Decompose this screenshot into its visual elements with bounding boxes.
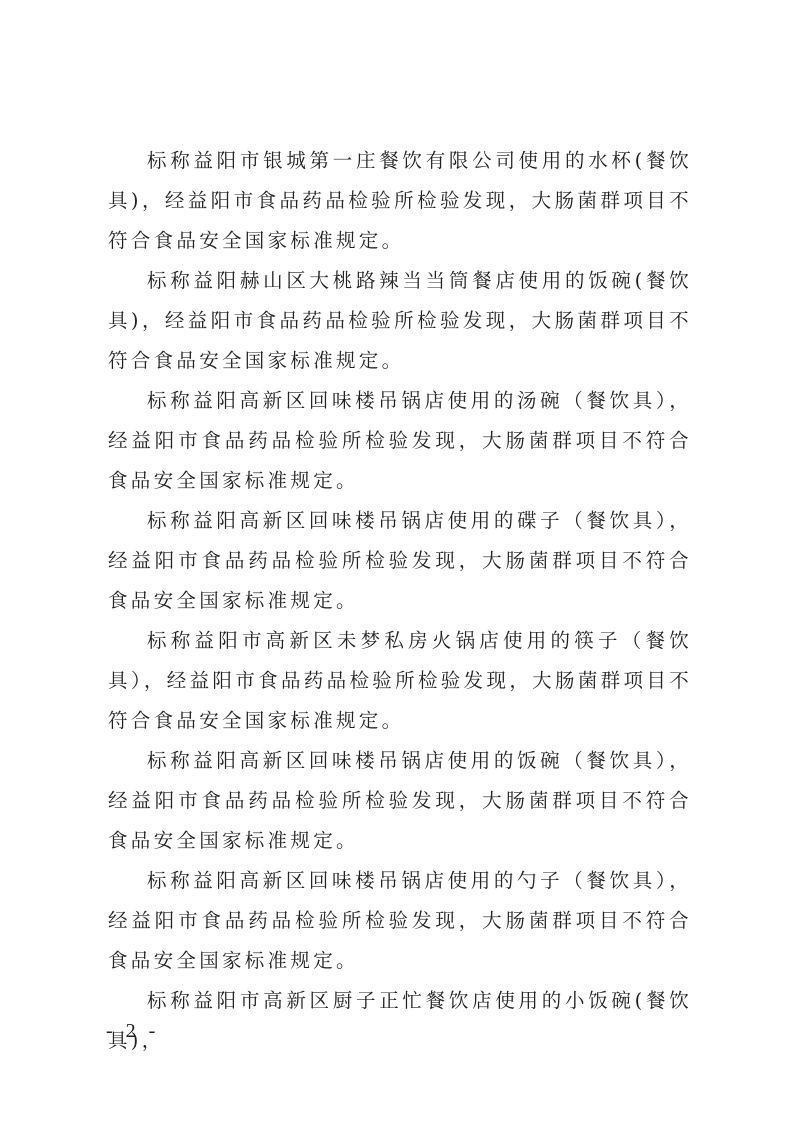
paragraph-chopsticks: 标称益阳市高新区未梦私房火锅店使用的筷子（餐饮具），经益阳市食品药品检验所检验发…	[108, 621, 692, 741]
paragraph-rice-bowl-datao-road: 标称益阳赫山区大桃路辣当当筒餐店使用的饭碗(餐饮具)，经益阳市食品药品检验所检验…	[108, 261, 692, 381]
paragraph-rice-bowl-huiweilou: 标称益阳高新区回味楼吊锅店使用的饭碗（餐饮具），经益阳市食品药品检验所检验发现，…	[108, 741, 692, 861]
paragraph-water-cup: 标称益阳市银城第一庄餐饮有限公司使用的水杯(餐饮具)，经益阳市食品药品检验所检验…	[108, 141, 692, 261]
paragraph-plate: 标称益阳高新区回味楼吊锅店使用的碟子（餐饮具），经益阳市食品药品检验所检验发现，…	[108, 501, 692, 621]
paragraph-small-rice-bowl: 标称益阳市高新区厨子正忙餐饮店使用的小饭碗(餐饮具)，	[108, 981, 692, 1061]
paragraph-spoon: 标称益阳高新区回味楼吊锅店使用的勺子（餐饮具），经益阳市食品药品检验所检验发现，…	[108, 861, 692, 981]
page-number: - 2 -	[106, 1020, 159, 1043]
paragraph-soup-bowl: 标称益阳高新区回味楼吊锅店使用的汤碗（餐饮具），经益阳市食品药品检验所检验发现，…	[108, 381, 692, 501]
document-body: 标称益阳市银城第一庄餐饮有限公司使用的水杯(餐饮具)，经益阳市食品药品检验所检验…	[108, 141, 692, 1061]
